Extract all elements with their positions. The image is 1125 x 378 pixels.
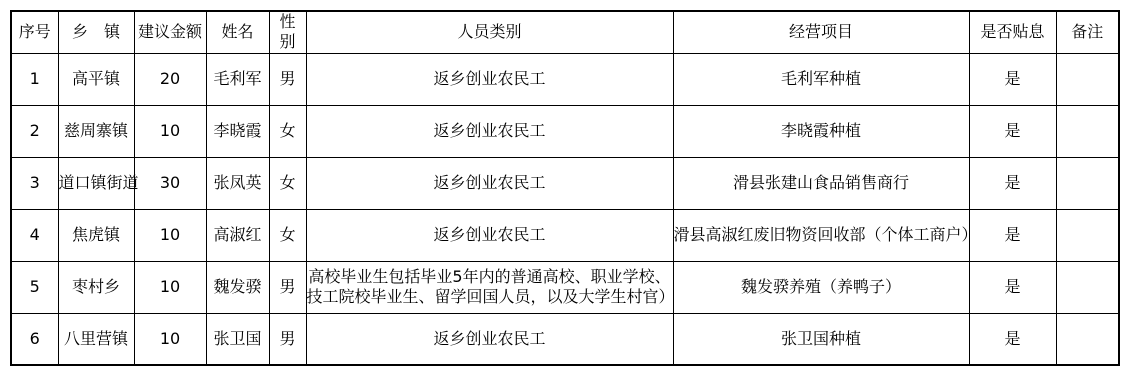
cell-subsidized: 是 xyxy=(969,209,1056,261)
cell-township: 八里营镇 xyxy=(58,313,134,365)
table-row: 2 慈周寨镇 10 李晓霞 女 返乡创业农民工 李晓霞种植 是 xyxy=(11,105,1119,157)
col-header-serial: 序号 xyxy=(11,11,58,53)
cell-category: 返乡创业农民工 xyxy=(306,105,673,157)
cell-serial: 4 xyxy=(11,209,58,261)
cell-remark xyxy=(1056,53,1119,105)
cell-subsidized: 是 xyxy=(969,157,1056,209)
cell-subsidized: 是 xyxy=(969,261,1056,313)
cell-township: 道口镇街道 xyxy=(58,157,134,209)
cell-project: 魏发骙养殖（养鸭子） xyxy=(673,261,969,313)
cell-amount: 10 xyxy=(134,105,206,157)
col-header-gender-text: 性别 xyxy=(279,12,297,52)
cell-township: 高平镇 xyxy=(58,53,134,105)
cell-category: 高校毕业生包括毕业5年内的普通高校、职业学校、技工院校毕业生、留学回国人员，以及… xyxy=(306,261,673,313)
table-row: 3 道口镇街道 30 张凤英 女 返乡创业农民工 滑县张建山食品销售商行 是 xyxy=(11,157,1119,209)
cell-amount: 20 xyxy=(134,53,206,105)
cell-category: 返乡创业农民工 xyxy=(306,157,673,209)
cell-name: 张卫国 xyxy=(206,313,269,365)
cell-subsidized: 是 xyxy=(969,53,1056,105)
cell-category: 返乡创业农民工 xyxy=(306,53,673,105)
table-row: 6 八里营镇 10 张卫国 男 返乡创业农民工 张卫国种植 是 xyxy=(11,313,1119,365)
col-header-category: 人员类别 xyxy=(306,11,673,53)
cell-township: 慈周寨镇 xyxy=(58,105,134,157)
table-row: 5 枣村乡 10 魏发骙 男 高校毕业生包括毕业5年内的普通高校、职业学校、技工… xyxy=(11,261,1119,313)
cell-remark xyxy=(1056,313,1119,365)
header-row: 序号 乡 镇 建议金额 姓名 性别 人员类别 经营项目 是否贴息 备注 xyxy=(11,11,1119,53)
cell-gender: 男 xyxy=(269,313,306,365)
cell-gender: 女 xyxy=(269,157,306,209)
cell-gender: 女 xyxy=(269,209,306,261)
col-header-gender: 性别 xyxy=(269,11,306,53)
cell-serial: 1 xyxy=(11,53,58,105)
col-header-amount: 建议金额 xyxy=(134,11,206,53)
cell-gender: 女 xyxy=(269,105,306,157)
cell-subsidized: 是 xyxy=(969,105,1056,157)
cell-subsidized: 是 xyxy=(969,313,1056,365)
cell-serial: 6 xyxy=(11,313,58,365)
col-header-township: 乡 镇 xyxy=(58,11,134,53)
cell-project: 李晓霞种植 xyxy=(673,105,969,157)
cell-remark xyxy=(1056,209,1119,261)
cell-remark xyxy=(1056,157,1119,209)
cell-project: 毛利军种植 xyxy=(673,53,969,105)
table-row: 1 高平镇 20 毛利军 男 返乡创业农民工 毛利军种植 是 xyxy=(11,53,1119,105)
cell-name: 魏发骙 xyxy=(206,261,269,313)
cell-category: 返乡创业农民工 xyxy=(306,313,673,365)
col-header-subsidized: 是否贴息 xyxy=(969,11,1056,53)
cell-serial: 3 xyxy=(11,157,58,209)
cell-project: 张卫国种植 xyxy=(673,313,969,365)
col-header-project: 经营项目 xyxy=(673,11,969,53)
cell-township: 枣村乡 xyxy=(58,261,134,313)
cell-serial: 5 xyxy=(11,261,58,313)
cell-amount: 10 xyxy=(134,313,206,365)
cell-name: 李晓霞 xyxy=(206,105,269,157)
col-header-name: 姓名 xyxy=(206,11,269,53)
cell-amount: 10 xyxy=(134,261,206,313)
cell-township: 焦虎镇 xyxy=(58,209,134,261)
cell-gender: 男 xyxy=(269,53,306,105)
cell-remark xyxy=(1056,261,1119,313)
cell-category: 返乡创业农民工 xyxy=(306,209,673,261)
cell-amount: 10 xyxy=(134,209,206,261)
cell-gender: 男 xyxy=(269,261,306,313)
cell-name: 张凤英 xyxy=(206,157,269,209)
col-header-remark: 备注 xyxy=(1056,11,1119,53)
table-row: 4 焦虎镇 10 高淑红 女 返乡创业农民工 滑县高淑红废旧物资回收部（个体工商… xyxy=(11,209,1119,261)
cell-amount: 30 xyxy=(134,157,206,209)
document-sheet: 序号 乡 镇 建议金额 姓名 性别 人员类别 经营项目 是否贴息 备注 1 高平… xyxy=(0,0,1125,366)
loan-roster-table: 序号 乡 镇 建议金额 姓名 性别 人员类别 经营项目 是否贴息 备注 1 高平… xyxy=(10,10,1120,366)
cell-name: 高淑红 xyxy=(206,209,269,261)
cell-project: 滑县高淑红废旧物资回收部（个体工商户） xyxy=(673,209,969,261)
cell-serial: 2 xyxy=(11,105,58,157)
cell-name: 毛利军 xyxy=(206,53,269,105)
cell-project: 滑县张建山食品销售商行 xyxy=(673,157,969,209)
cell-remark xyxy=(1056,105,1119,157)
